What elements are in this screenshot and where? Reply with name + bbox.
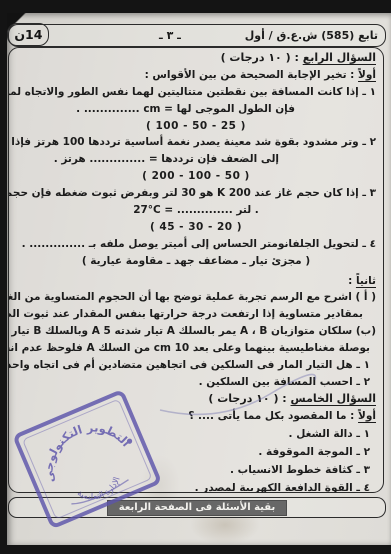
continuation-note: بقية الأسئلة فى الصفحة الرابعة: [108, 501, 286, 515]
exam-continue-reference: تابع (585) ش.ع.ق / أول: [245, 29, 385, 42]
mcq-item-2-line2: إلى الضعف فإن ترددها = .............. هر…: [9, 151, 383, 168]
mcq-item-3-line1: ٣ ـ إذا كان حجم غاز عند 200 K هو 30 لتر …: [9, 185, 383, 202]
mcq-item-1-line2: فإن الطول الموجى لها = cm ..............…: [9, 101, 383, 118]
part-b-subq2: ٢ ـ احسب المسافة بين السلكين .: [9, 374, 383, 391]
part-a-line1: ( أ ) اشرح مع الرسم تجربة عملية توضح بها…: [9, 289, 383, 306]
mcq-item-4-line1: ٤ ـ لتحويل الجلفانومتر الحساس إلى أميتر …: [9, 236, 383, 253]
page-header: تابع (585) ش.ع.ق / أول ـ ٣ ـ 14ن: [8, 24, 386, 47]
mcq-item-2-line1: ٢ ـ وتر مشدود بقوة شد معينة يصدر نغمة أس…: [9, 134, 383, 151]
question4-title-label: السؤال الرابع: [303, 51, 376, 64]
questions-box: السؤال الرابع : ( ١٠ درجات ) أولاً : تخي…: [8, 47, 384, 493]
question5-title-marks: : ( ١٠ درجات ): [208, 392, 290, 405]
mcq-item-1-line1: ١ ـ إذا كانت المسافة بين نقطتين متتاليتي…: [9, 84, 383, 101]
part-b-line1: (ب) سلكان متوازيان A ، B يمر بالسلك A تي…: [9, 323, 383, 340]
part-b-line2: بوصلة مغناطيسية بينهما وعلى بعد 10 cm من…: [9, 340, 383, 357]
definition-item-2: ٢ ـ الموجة الموقوفة .: [9, 443, 383, 461]
question4-title: السؤال الرابع : ( ١٠ درجات ): [9, 50, 383, 67]
page-footer: بقية الأسئلة فى الصفحة الرابعة: [8, 497, 386, 518]
part-b-subq1: ١ ـ هل التيار المار فى السلكين فى اتجاهي…: [9, 357, 383, 374]
question5-title: السؤال الخامس : ( ١٠ درجات ): [9, 391, 383, 408]
definition-item-1: ١ ـ دالة الشغل .: [9, 425, 383, 443]
page-number: ـ ٣ ـ: [159, 29, 181, 42]
mcq-item-1-options: ( 100 - 50 - 25 ): [9, 118, 383, 135]
marks-badge: 14ن: [7, 23, 49, 46]
definition-item-4: ٤ ـ القوة الدافعة الكهربية لمصدر .: [9, 479, 383, 493]
question5-part1-heading: أولاً : ما المقصود بكل مما يأتى .... ؟: [9, 408, 383, 425]
mcq-item-3-line2: 27°C = .............. لتر .: [9, 202, 383, 219]
question4-part1-heading: أولاً : تخير الإجابة الصحيحة من بين الأق…: [9, 67, 383, 84]
mcq-item-3-options: ( 45 - 30 - 20 ): [9, 219, 383, 236]
mcq-item-2-options: ( 200 - 100 - 50 ): [9, 168, 383, 185]
question4-part2-heading: ثانياً :: [9, 273, 383, 290]
question5-title-label: السؤال الخامس: [291, 392, 376, 405]
scanned-exam-page: تابع (585) ش.ع.ق / أول ـ ٣ ـ 14ن السؤال …: [0, 0, 391, 554]
mcq-item-4-options: ( مجزئ تيار ـ مضاعف جهد ـ مقاومة عيارية …: [9, 253, 383, 270]
definition-item-3: ٣ ـ كثافة خطوط الانسياب .: [9, 461, 383, 479]
question4-title-marks: : ( ١٠ درجات ): [221, 51, 303, 64]
part-a-line2: بمقادير متساوية إذا ارتفعت درجة حرارتها …: [9, 306, 383, 323]
